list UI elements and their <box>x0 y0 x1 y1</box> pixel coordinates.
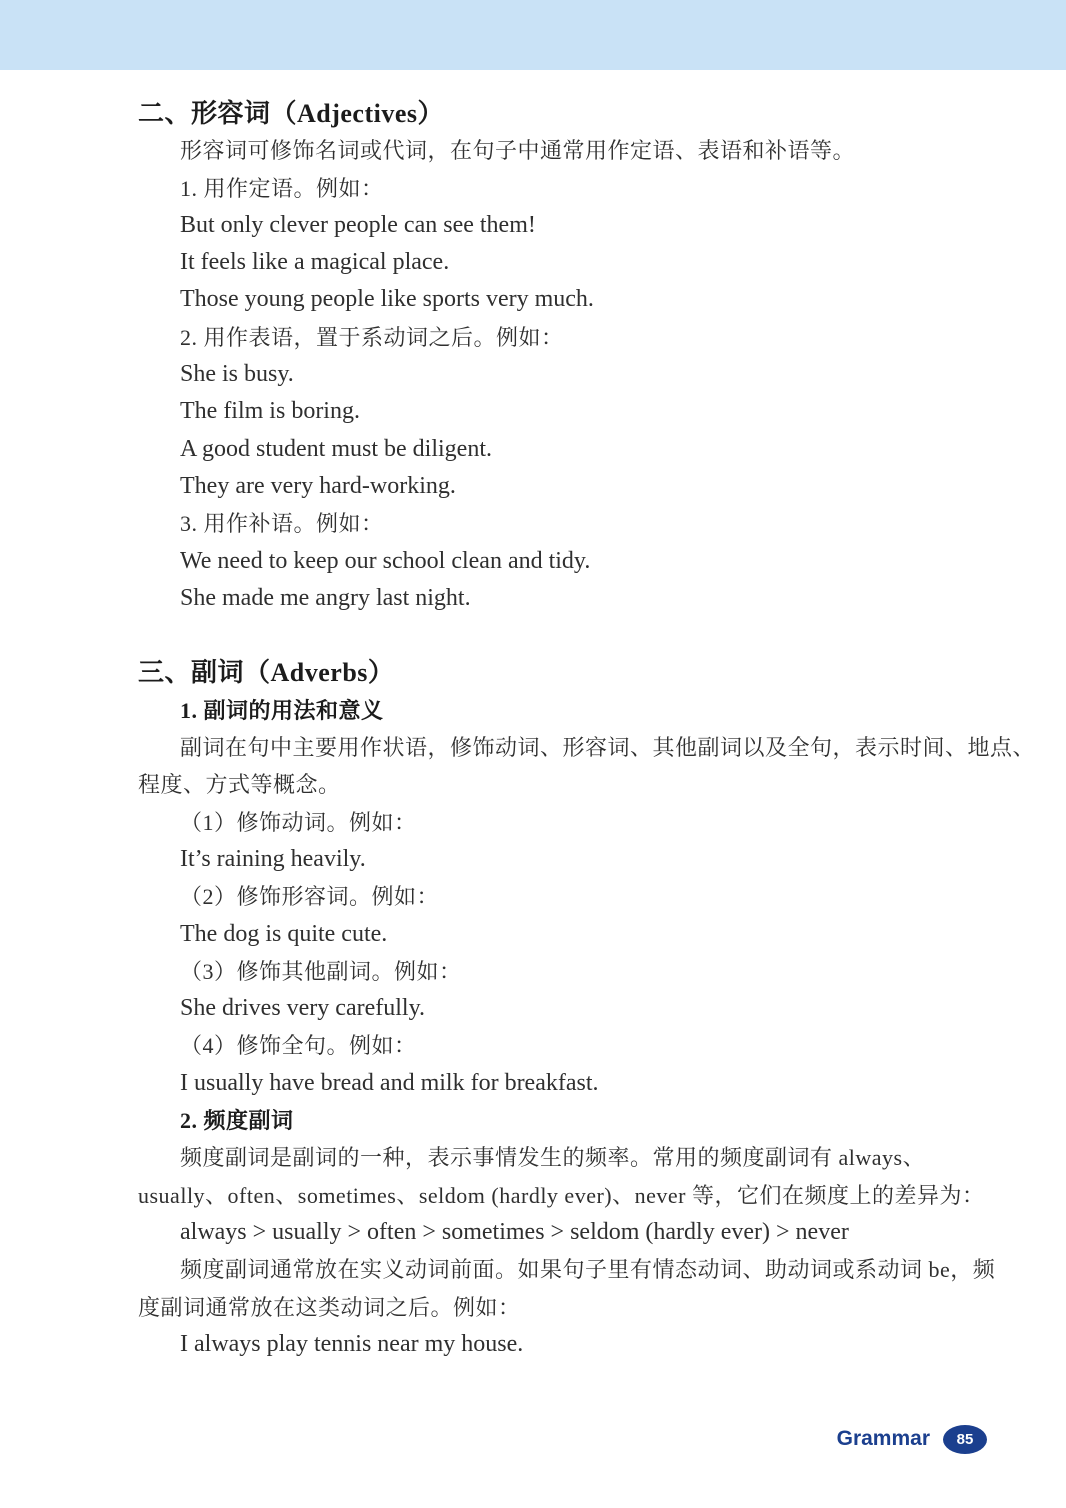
page-footer: Grammar 85 <box>837 1424 987 1454</box>
text-line: 形容词可修饰名词或代词，在句子中通常用作定语、表语和补语等。 <box>138 132 962 169</box>
text-line: 2. 用作表语，置于系动词之后。例如： <box>138 319 962 356</box>
text-line: （3）修饰其他副词。例如： <box>138 953 962 990</box>
text-line: 副词在句中主要用作状语，修饰动词、形容词、其他副词以及全句，表示时间、地点、 <box>138 729 962 766</box>
example-sentence: I always play tennis near my house. <box>138 1326 962 1363</box>
text-line: 频度副词通常放在实义动词前面。如果句子里有情态动词、助动词或系动词 be，频 <box>138 1251 962 1288</box>
example-sentence: She is busy. <box>138 356 962 393</box>
example-sentence: The film is boring. <box>138 393 962 430</box>
text-line: 频度副词是副词的一种，表示事情发生的频率。常用的频度副词有 always、 <box>138 1139 962 1176</box>
text-line: 3. 用作补语。例如： <box>138 505 962 542</box>
text-line: （2）修饰形容词。例如： <box>138 878 962 915</box>
example-sentence: It’s raining heavily. <box>138 841 962 878</box>
example-sentence: We need to keep our school clean and tid… <box>138 543 962 580</box>
text-line: （1）修饰动词。例如： <box>138 804 962 841</box>
example-sentence: It feels like a magical place. <box>138 244 962 281</box>
example-sentence: always > usually > often > sometimes > s… <box>138 1214 962 1251</box>
header-band <box>0 0 1066 70</box>
example-sentence: But only clever people can see them! <box>138 207 962 244</box>
example-sentence: I usually have bread and milk for breakf… <box>138 1065 962 1102</box>
example-sentence: They are very hard-working. <box>138 468 962 505</box>
subheading: 2. 频度副词 <box>138 1102 962 1139</box>
footer-section-label: Grammar <box>837 1427 930 1451</box>
example-sentence: The dog is quite cute. <box>138 916 962 953</box>
page-content: 二、形容词（Adjectives） 形容词可修饰名词或代词，在句子中通常用作定语… <box>138 95 962 1363</box>
example-sentence: She made me angry last night. <box>138 580 962 617</box>
section-heading-adjectives: 二、形容词（Adjectives） <box>138 95 962 132</box>
example-sentence: She drives very carefully. <box>138 990 962 1027</box>
example-sentence: Those young people like sports very much… <box>138 281 962 318</box>
text-line: 程度、方式等概念。 <box>138 766 962 803</box>
page-number-badge: 85 <box>943 1425 987 1454</box>
section-heading-adverbs: 三、副词（Adverbs） <box>138 654 962 691</box>
example-sentence: A good student must be diligent. <box>138 431 962 468</box>
text-line: 度副词通常放在这类动词之后。例如： <box>138 1289 962 1326</box>
textbook-page: 二、形容词（Adjectives） 形容词可修饰名词或代词，在句子中通常用作定语… <box>0 0 1066 1508</box>
section-gap <box>138 617 962 654</box>
text-line: usually、often、sometimes、seldom (hardly e… <box>138 1177 962 1214</box>
text-line: 1. 用作定语。例如： <box>138 170 962 207</box>
subheading: 1. 副词的用法和意义 <box>138 692 962 729</box>
text-line: （4）修饰全句。例如： <box>138 1027 962 1064</box>
